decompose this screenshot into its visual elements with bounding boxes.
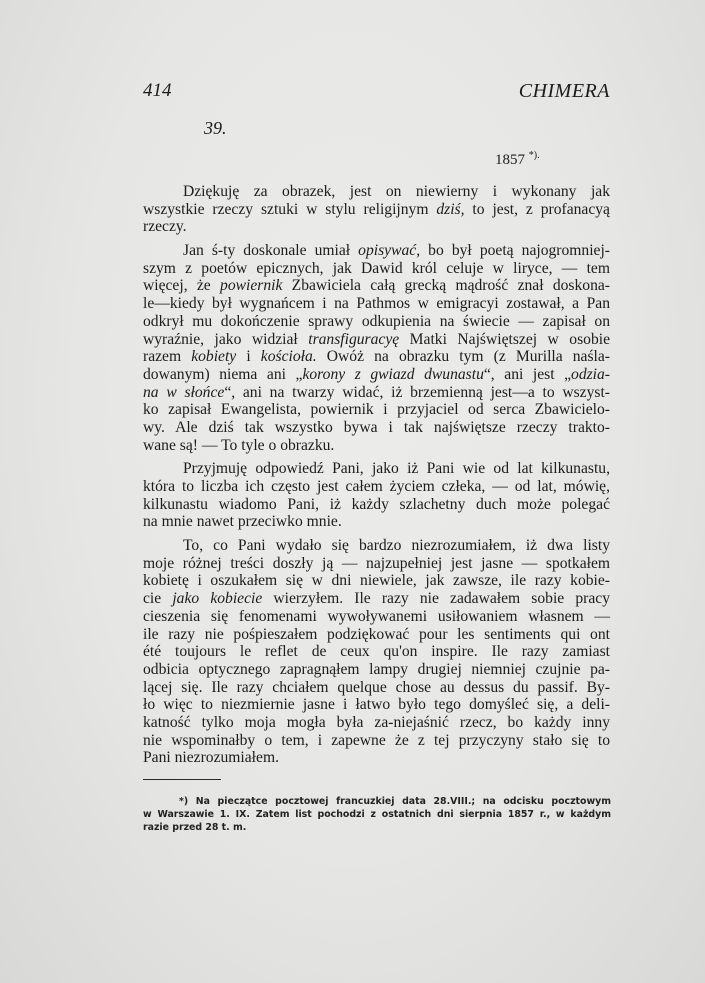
letter-date: 1857 *). [495, 150, 540, 169]
text-segment: odkrył mu dokończenie sprawy odkupienia … [143, 313, 610, 330]
text-line: dowanym) niema ani „korony z gwiazd dwun… [143, 366, 610, 384]
letter-body: Dziękuję za obrazek, jest on niewierny i… [143, 183, 610, 773]
text-segment: i [236, 348, 261, 365]
text-segment: odbicia optycznego zapragnąłem lampy dru… [143, 661, 610, 678]
footnote-marker: *). [529, 150, 540, 161]
emphasis: jako kobiecie [172, 590, 262, 607]
text-segment: To, co Pani wydało się bardzo niezrozumi… [183, 537, 610, 554]
text-segment: wane są! — To tyle o obrazku. [143, 437, 334, 454]
text-segment: ile razy nie pośpieszałem podziękować po… [143, 626, 610, 643]
text-line: kobietę i oszukałem się w dni niewiele, … [143, 572, 610, 590]
text-segment: été toujours le reflet de ceux qu'on ins… [143, 643, 610, 660]
text-segment: razem [143, 348, 191, 365]
text-segment: na mnie nawet przeciwko mnie. [143, 513, 342, 530]
text-segment: która to liczba ich często jest całem ży… [143, 478, 610, 495]
paragraph: To, co Pani wydało się bardzo niezrozumi… [143, 537, 610, 767]
footnote-divider [143, 779, 221, 780]
text-segment: wyraźnie, jako widział [143, 331, 308, 348]
text-segment: więcej, że [143, 277, 220, 294]
text-line: Dziękuję za obrazek, jest on niewierny i… [143, 183, 610, 201]
text-line: To, co Pani wydało się bardzo niezrozumi… [143, 537, 610, 555]
text-segment: kilkunastu wiadomo Pani, iż każdy szlach… [143, 496, 610, 513]
emphasis: korony z gwiazd dwunastu [302, 366, 483, 383]
text-segment: wy. Ale dziś tak wszystko bywa i tak naj… [143, 419, 610, 436]
text-segment: “, ani jest „ [484, 366, 571, 383]
footnote-line: w Warszawie 1. IX. Zatem list pochodzi z… [143, 808, 611, 821]
text-segment: Pani niezrozumiałem. [143, 749, 279, 766]
emphasis: transfiguracyę [308, 331, 399, 348]
emphasis: powiernik [220, 277, 282, 294]
text-line: odbicia optycznego zapragnąłem lampy dru… [143, 661, 610, 679]
text-segment: Zbawiciela całą grecką mądrość znał dosk… [282, 277, 610, 294]
text-segment: to jest, z profanacyą [465, 201, 610, 218]
footnote: *) Na pieczątce pocztowej francuzkiej da… [143, 795, 611, 835]
text-segment: katność tylko moja mogła była za-niejaśn… [143, 714, 610, 731]
text-line: więcej, że powiernik Zbawiciela całą gre… [143, 277, 610, 295]
text-segment: Owóż na obrazku tym (z Murilla naśla- [317, 348, 610, 365]
text-line: która to liczba ich często jest całem ży… [143, 478, 610, 496]
running-title: CHIMERA [519, 80, 610, 103]
text-segment: cieszenia się fenomenami wywoływanemi us… [143, 608, 610, 625]
emphasis: opisywać, [358, 242, 420, 259]
text-segment: ko zapisał Ewangelista, powiernik i przy… [143, 401, 610, 418]
paragraph: Przyjmuję odpowiedź Pani, jako iż Pani w… [143, 460, 610, 531]
text-line: ile razy nie pośpieszałem podziękować po… [143, 626, 610, 644]
text-segment: lącej się. Ile razy chciałem quelque cho… [143, 679, 610, 696]
footnote-line: razie przed 28 t. m. [143, 821, 611, 834]
text-segment: Dziękuję za obrazek, jest on niewierny i… [183, 183, 610, 200]
text-line: été toujours le reflet de ceux qu'on ins… [143, 643, 610, 661]
text-segment: Przyjmuję odpowiedź Pani, jako iż Pani w… [183, 460, 610, 477]
book-page: 414 CHIMERA 39. 1857 *). Dziękuję za obr… [0, 0, 705, 983]
text-line: na w słońce“, ani na twarzy widać, iż br… [143, 384, 610, 402]
text-line: na mnie nawet przeciwko mnie. [143, 513, 610, 531]
text-segment: Matki Najświętszej w osobie [399, 331, 610, 348]
text-line: kilkunastu wiadomo Pani, iż każdy szlach… [143, 496, 610, 514]
page-number: 414 [143, 80, 172, 102]
letter-number: 39. [204, 118, 227, 139]
text-line: razem kobiety i kościoła. Owóż na obrazk… [143, 348, 610, 366]
text-segment: moje różnej treści doszły ją — najzupełn… [143, 555, 610, 572]
page-header: 414 CHIMERA [143, 80, 610, 104]
text-line: odkrył mu dokończenie sprawy odkupienia … [143, 313, 610, 331]
emphasis: kobiety [191, 348, 236, 365]
text-segment: szym z poetów epicznych, jak Dawid król … [143, 260, 610, 277]
text-segment: ło więc to niezmiernie jasne i łatwo był… [143, 696, 610, 713]
text-line: katność tylko moja mogła była za-niejaśn… [143, 714, 610, 732]
text-line: wyraźnie, jako widział transfiguracyę Ma… [143, 331, 610, 349]
text-line: lącej się. Ile razy chciałem quelque cho… [143, 679, 610, 697]
text-segment: rzeczy. [143, 218, 187, 235]
text-line: wy. Ale dziś tak wszystko bywa i tak naj… [143, 419, 610, 437]
text-segment: nie wspominałby o tem, i zapewne że z te… [143, 732, 610, 749]
text-segment: “, ani na twarzy widać, iż brzemienną je… [224, 384, 610, 401]
paragraph: Dziękuję za obrazek, jest on niewierny i… [143, 183, 610, 236]
text-line: ło więc to niezmiernie jasne i łatwo był… [143, 696, 610, 714]
emphasis: na w słońce [143, 384, 224, 401]
text-line: cie jako kobiecie wierzyłem. Ile razy ni… [143, 590, 610, 608]
text-line: moje różnej treści doszły ją — najzupełn… [143, 555, 610, 573]
text-segment: dowanym) niema ani „ [143, 366, 302, 383]
text-line: cieszenia się fenomenami wywoływanemi us… [143, 608, 610, 626]
emphasis: kościoła. [261, 348, 317, 365]
emphasis: dziś, [436, 201, 464, 218]
text-segment: kobietę i oszukałem się w dni niewiele, … [143, 572, 610, 589]
text-line: ko zapisał Ewangelista, powiernik i przy… [143, 401, 610, 419]
text-segment: cie [143, 590, 172, 607]
emphasis: odzia- [571, 366, 610, 383]
text-line: wszystkie rzeczy sztuki w stylu religijn… [143, 201, 610, 219]
text-line: rzeczy. [143, 218, 610, 236]
text-segment: bo był poetą najogromniej- [420, 242, 610, 259]
text-segment: wierzyłem. Ile razy nie zadawałem sobie … [262, 590, 610, 607]
text-segment: le—kiedy był wygnańcem i na Pathmos w em… [143, 295, 610, 312]
text-segment: Jan ś-ty doskonale umiał [183, 242, 358, 259]
text-line: Jan ś-ty doskonale umiał opisywać, bo by… [143, 242, 610, 260]
footnote-line: *) Na pieczątce pocztowej francuzkiej da… [143, 795, 611, 808]
text-segment: wszystkie rzeczy sztuki w stylu religijn… [143, 201, 436, 218]
paragraph: Jan ś-ty doskonale umiał opisywać, bo by… [143, 242, 610, 454]
text-line: Pani niezrozumiałem. [143, 749, 610, 767]
text-line: szym z poetów epicznych, jak Dawid król … [143, 260, 610, 278]
text-line: wane są! — To tyle o obrazku. [143, 437, 610, 455]
text-line: le—kiedy był wygnańcem i na Pathmos w em… [143, 295, 610, 313]
text-line: nie wspominałby o tem, i zapewne że z te… [143, 732, 610, 750]
text-line: Przyjmuję odpowiedź Pani, jako iż Pani w… [143, 460, 610, 478]
date-year: 1857 [495, 152, 525, 168]
